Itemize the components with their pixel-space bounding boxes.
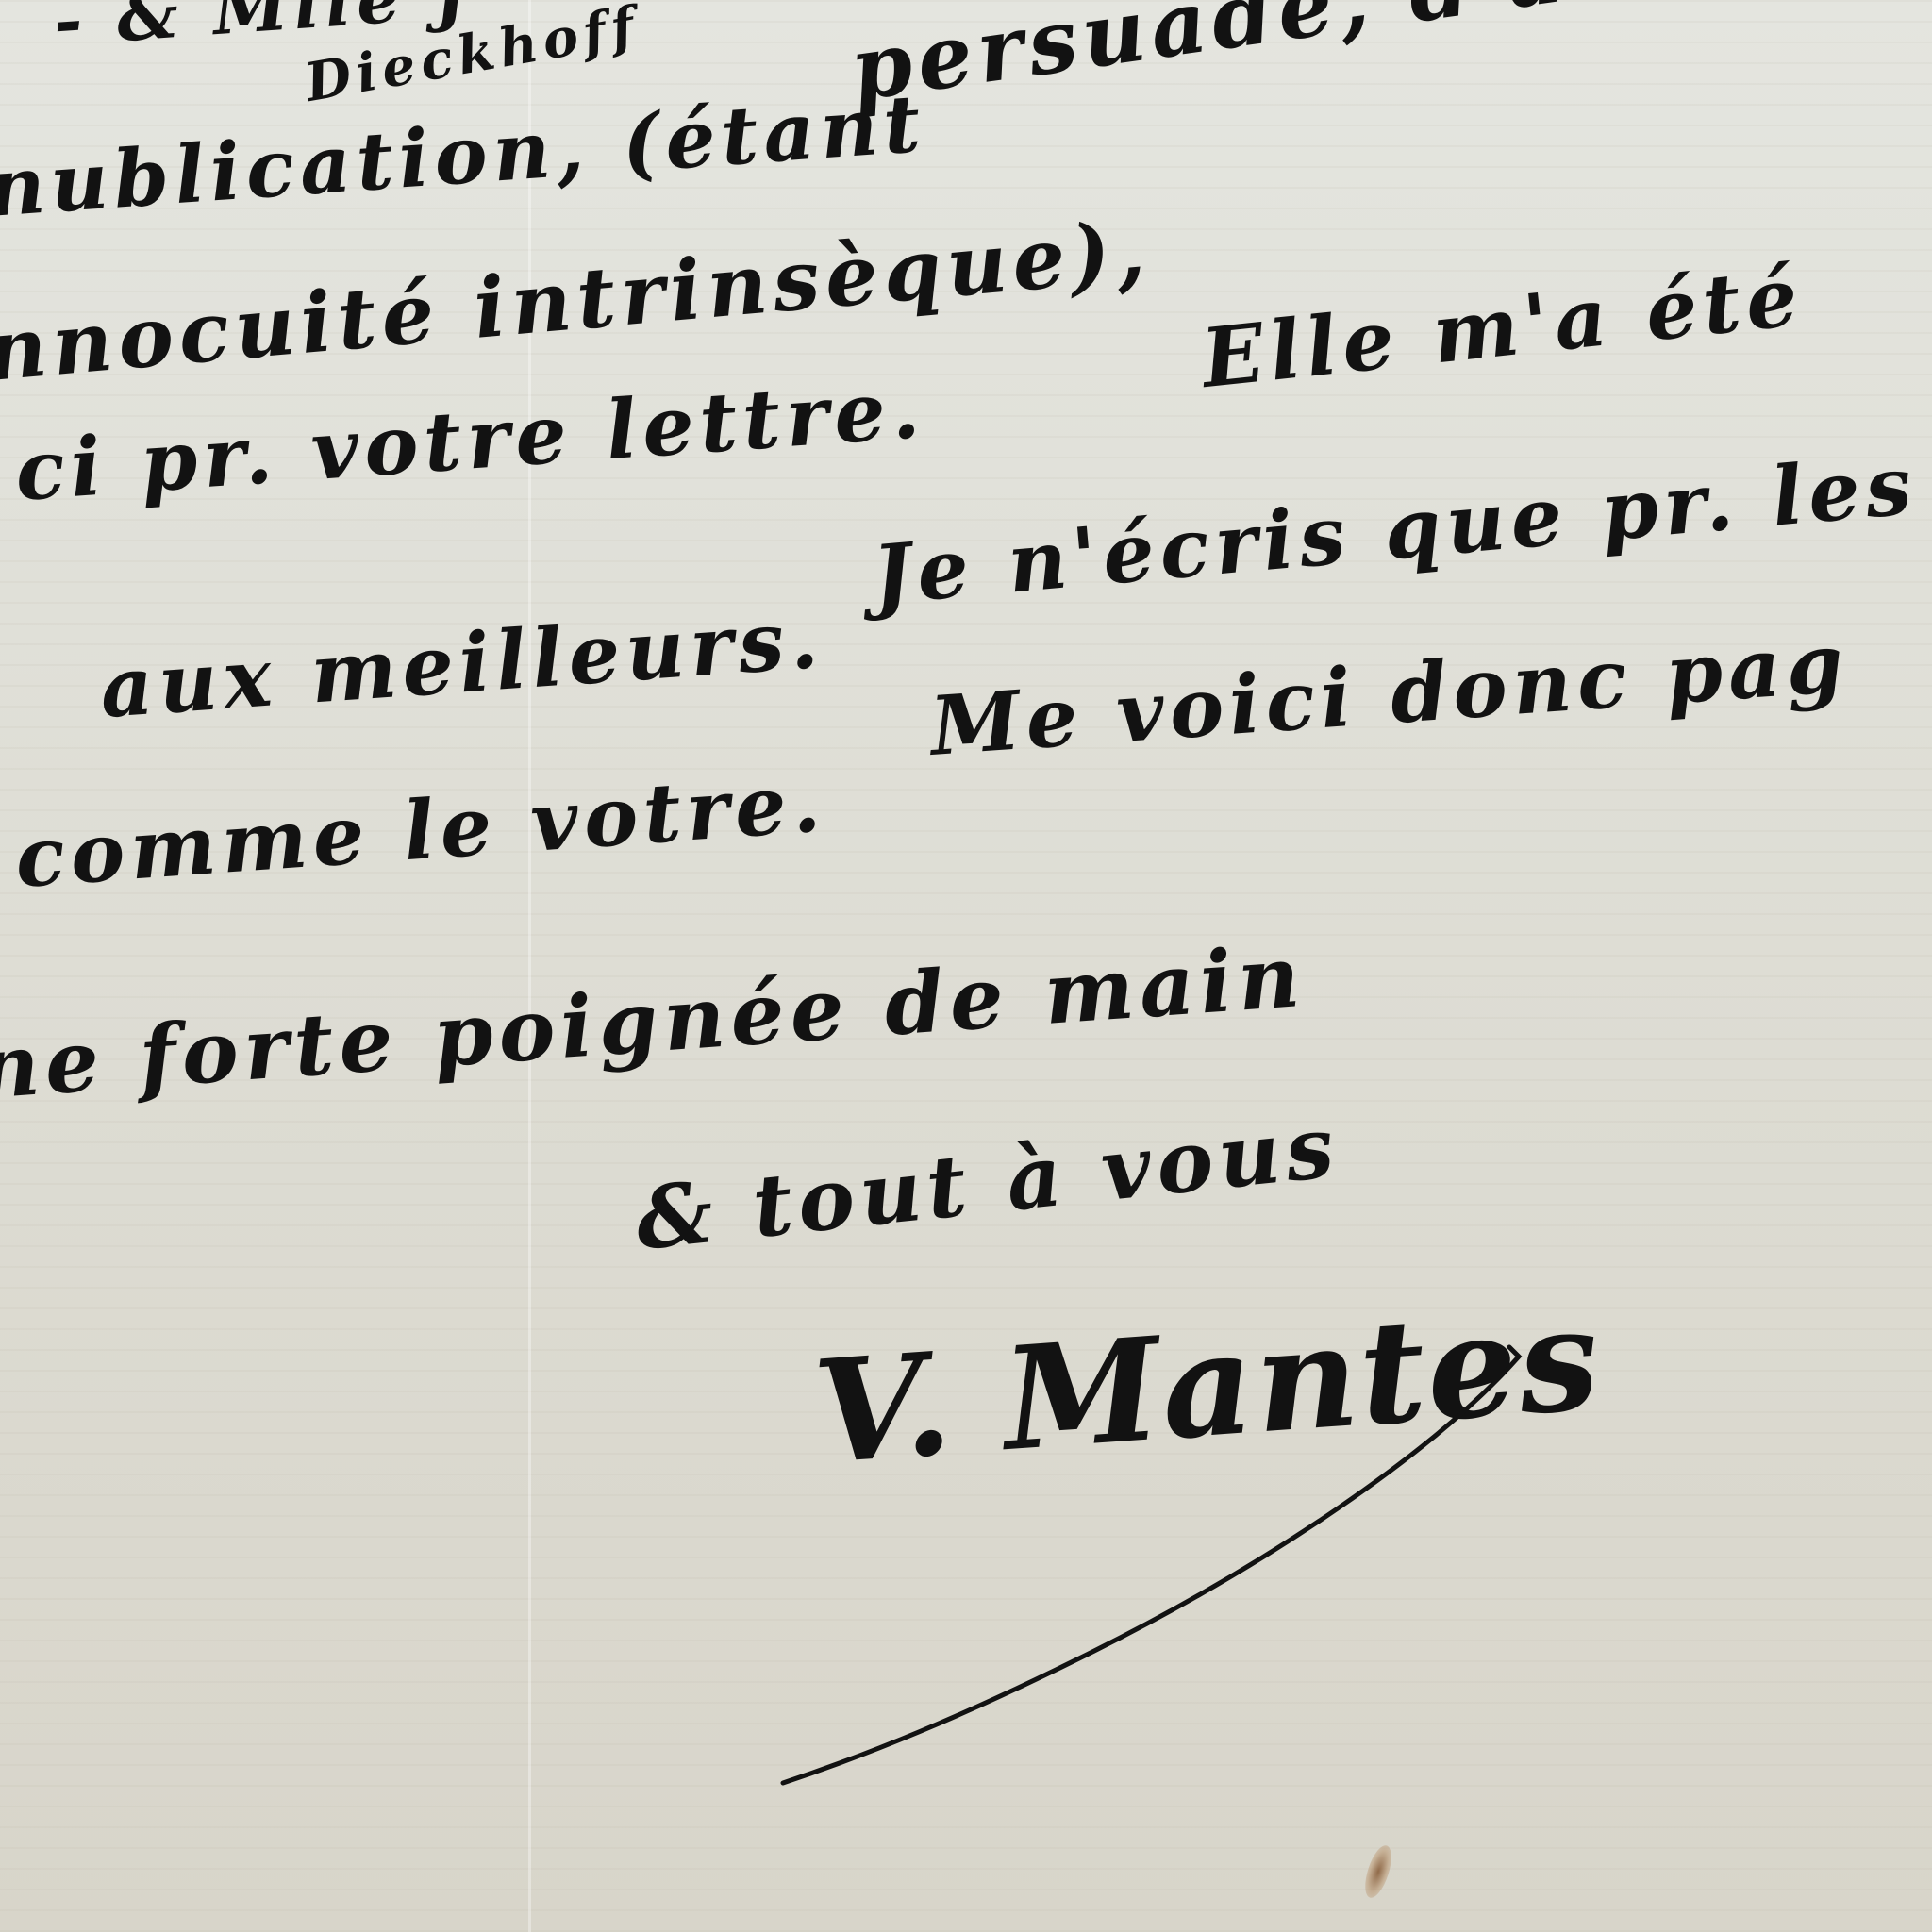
handwritten-line: Elle m'a été [1197, 249, 1807, 407]
letter-page: - & Mlle J persuadé, d'avance, Dieckhoff… [0, 0, 1932, 1932]
handwritten-line: Me voici donc pag [927, 615, 1852, 774]
handwritten-line: aux meilleurs. [97, 591, 826, 737]
closing-line: & tout à vous [631, 1096, 1344, 1270]
handwritten-line: persuadé, d'avance, [844, 0, 1913, 121]
ink-stain [1360, 1842, 1397, 1901]
handwritten-line: comme le votre. [12, 755, 829, 907]
signature-flourish-icon [774, 1340, 1528, 1792]
handwritten-line: nublication, (étant [0, 76, 928, 235]
handwritten-line: Je n'écris que pr. les [869, 438, 1921, 624]
handwritten-line: nnocuité intrinsèque), [0, 200, 1154, 400]
handwritten-line: ne forte poignée de main [0, 926, 1308, 1119]
